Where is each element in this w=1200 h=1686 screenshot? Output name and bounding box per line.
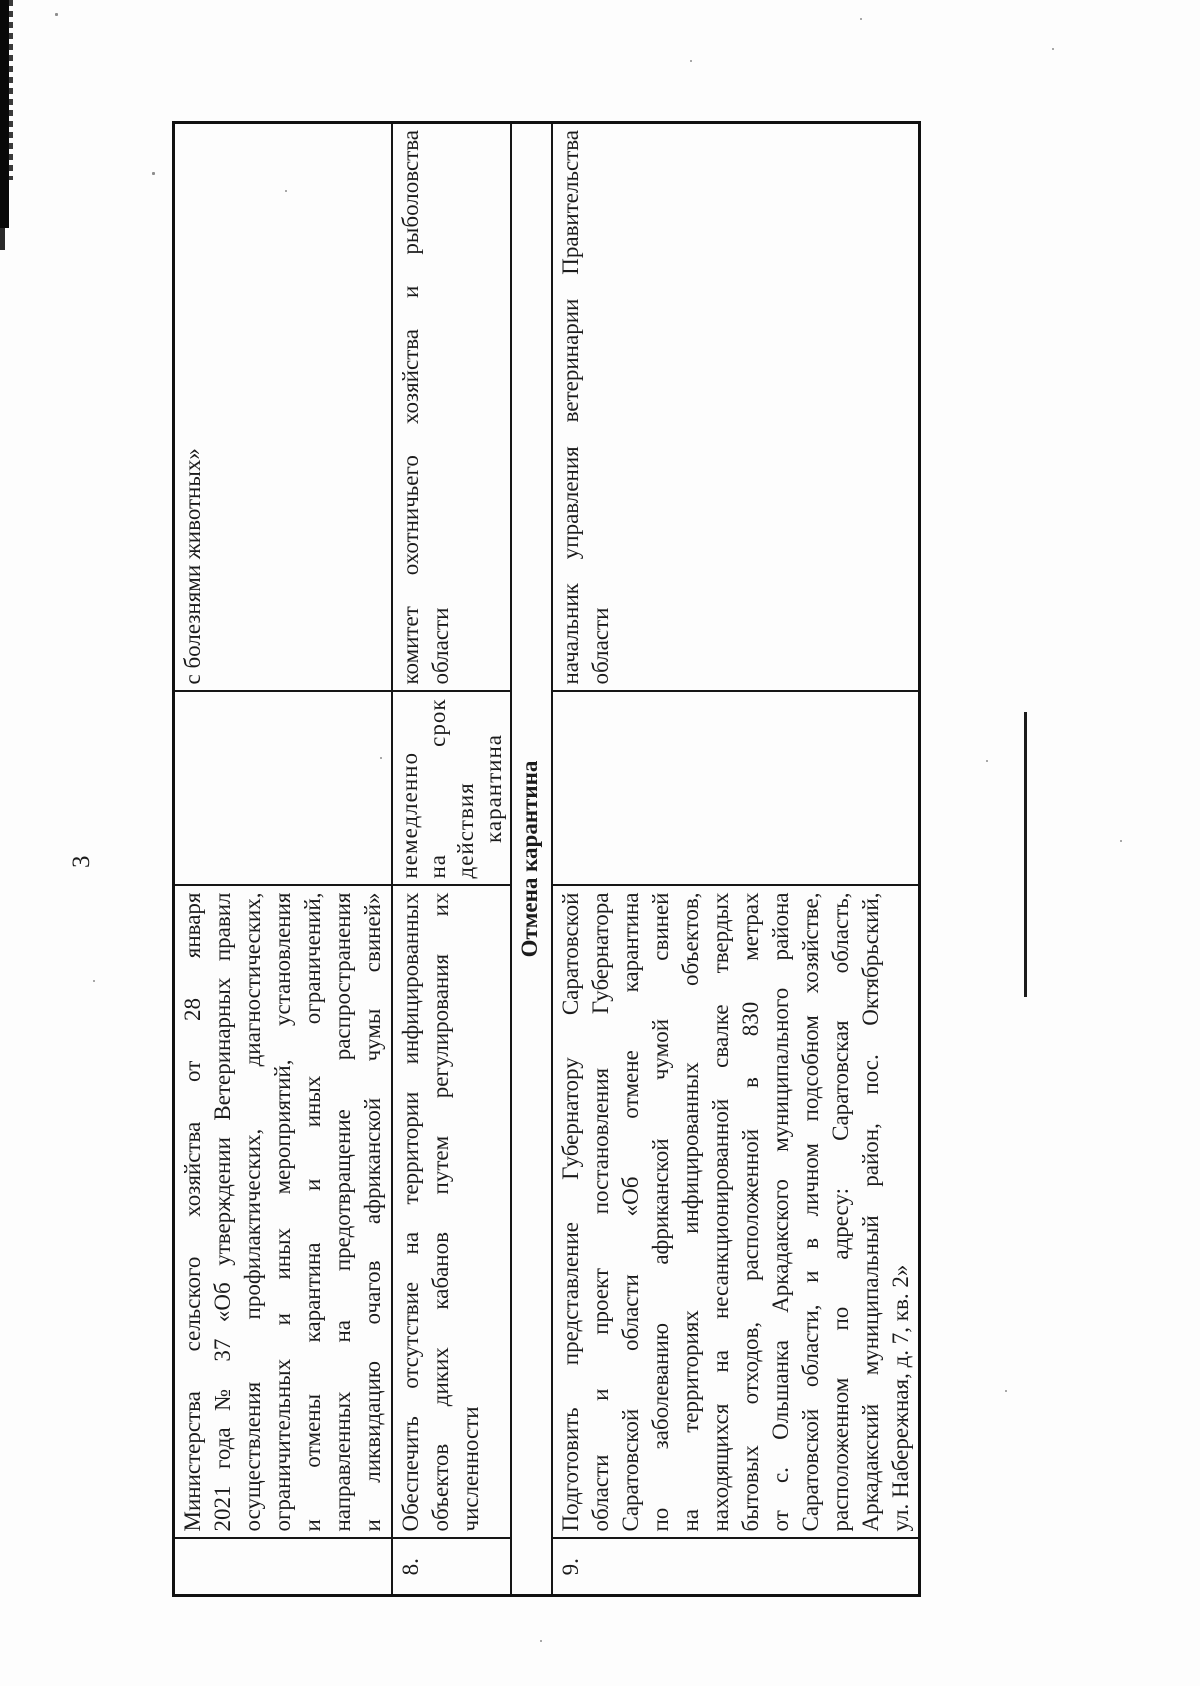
text-line: Саратовской области «Об отмене карантина: [616, 893, 646, 1532]
text-line: начальник управления ветеринарии Правите…: [556, 130, 586, 685]
text-line: Обеспечить отсутствие на территории инфи…: [396, 893, 426, 1532]
text-line: Министерства сельского хозяйства от 28 я…: [178, 893, 208, 1532]
text-line: с болезнями животных»: [178, 130, 208, 685]
table-row-7-continuation: Министерства сельского хозяйства от 28 я…: [174, 123, 392, 1596]
text-line: 2021 года № 37 «Об утверждении Ветеринар…: [208, 893, 238, 1532]
text-line: ул. Набережная, д. 7, кв. 2»: [886, 893, 916, 1532]
row8-number-cell: 8.: [392, 1539, 511, 1596]
text-line: численности: [456, 893, 486, 1532]
scan-speck: [1052, 48, 1054, 50]
scan-edge-artifact-tail: [0, 228, 5, 250]
text-line: ограничительных и иных мероприятий, уста…: [268, 893, 298, 1532]
text-line: немедленно: [396, 699, 424, 879]
signature-line: [1024, 712, 1027, 997]
scan-edge-fuzz: [8, 0, 13, 180]
text-line: направленных на предотвращение распростр…: [328, 893, 358, 1532]
text-line: на территориях инфицированных объектов,: [676, 893, 706, 1532]
scan-speck: [380, 757, 382, 759]
scan-speck: [285, 190, 287, 192]
scan-speck: [540, 1640, 542, 1642]
section-header-row: Отмена карантина: [511, 123, 552, 1596]
text-line: расположенном по адресу: Саратовская обл…: [826, 893, 856, 1532]
text-line: карантина: [480, 699, 508, 879]
scan-speck: [55, 13, 58, 16]
row7-number-cell: [174, 1539, 392, 1596]
scan-speck: [986, 760, 988, 762]
row8-deadline-cell: немедленнона срокдействиякарантина: [392, 692, 511, 886]
scan-speck: [93, 980, 95, 982]
row7-deadline-cell: [174, 692, 392, 886]
text-line: объектов диких кабанов путем регулирован…: [426, 893, 456, 1532]
row8-responsible-cell: комитет охотничьего хозяйства и рыболовс…: [392, 123, 511, 692]
row9-responsible-cell: начальник управления ветеринарии Правите…: [552, 123, 920, 692]
text-line: Подготовить представление Губернатору Са…: [556, 893, 586, 1532]
table-row-8: 8. Обеспечить отсутствие на территории и…: [392, 123, 511, 1596]
scan-speck: [1120, 840, 1122, 842]
text-line: Аркадакский муниципальный район, пос. Ок…: [856, 893, 886, 1532]
text-line: находящихся на несанкционированной свалк…: [706, 893, 736, 1532]
quarantine-measures-table: Министерства сельского хозяйства от 28 я…: [172, 121, 921, 1597]
text-line: бытовых отходов, расположенной в 830 мет…: [736, 893, 766, 1532]
row8-task-cell: Обеспечить отсутствие на территории инфи…: [392, 886, 511, 1539]
text-line: на срок: [424, 699, 452, 879]
scan-speck: [690, 60, 692, 62]
text-line: и отмены карантина и иных ограничений,: [298, 893, 328, 1532]
section-header-cancel-quarantine: Отмена карантина: [511, 123, 552, 1596]
text-line: от с. Ольшанка Аркадакского муниципально…: [766, 893, 796, 1532]
text-line: действия: [452, 699, 480, 879]
text-line: области: [426, 130, 456, 685]
row7-responsible-cell: с болезнями животных»: [174, 123, 392, 692]
scan-speck: [1005, 1390, 1007, 1392]
row7-task-cell: Министерства сельского хозяйства от 28 я…: [174, 886, 392, 1539]
table-row-9: 9. Подготовить представление Губернатору…: [552, 123, 920, 1596]
scanned-page: { "page": { "number": "3" }, "table": { …: [0, 0, 1200, 1686]
text-line: и ликвидацию очагов африканской чумы сви…: [358, 893, 388, 1532]
text-line: области: [586, 130, 616, 685]
text-line: осуществления профилактических, диагност…: [238, 893, 268, 1532]
rotated-document-page: 3 Министерства сельского хозяйства от 28…: [0, 0, 1200, 1686]
row9-task-cell: Подготовить представление Губернатору Са…: [552, 886, 920, 1539]
row9-number-cell: 9.: [552, 1539, 920, 1596]
text-line: Саратовской области, и в личном подсобно…: [796, 893, 826, 1532]
row9-deadline-cell: [552, 692, 920, 886]
scan-speck: [152, 172, 155, 175]
text-line: области и проект постановления Губернато…: [586, 893, 616, 1532]
text-line: комитет охотничьего хозяйства и рыболовс…: [396, 130, 426, 685]
page-number: 3: [68, 856, 96, 869]
scan-speck: [860, 18, 862, 20]
text-line: по заболеванию африканской чумой свиней: [646, 893, 676, 1532]
